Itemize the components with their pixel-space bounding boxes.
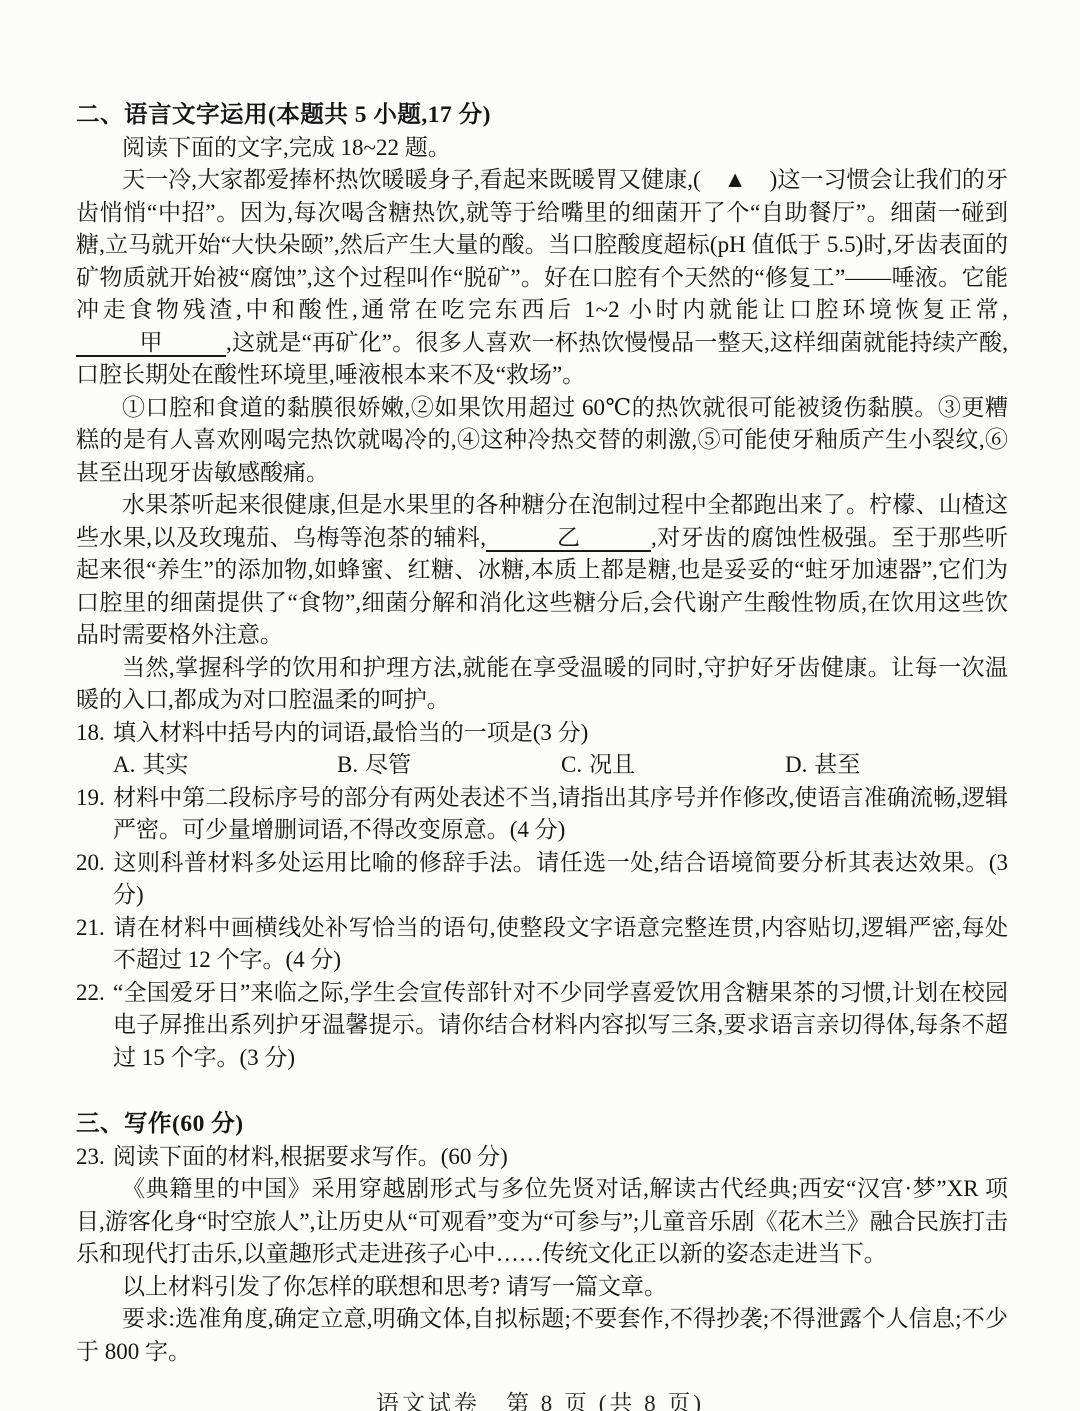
material-paragraph-4: 当然,掌握科学的饮用和护理方法,就能在享受温暖的同时,守护好牙齿健康。让每一次温… [76, 652, 1008, 717]
option-b-label: B. [337, 752, 358, 777]
essay-prompt: 以上材料引发了你怎样的联想和思考? 请写一篇文章。 [76, 1271, 1008, 1304]
blank-jia: 甲 [76, 330, 226, 357]
question-22-text: “全国爱牙日”来临之际,学生会宣传部针对不少同学喜爱饮用含糖果茶的习惯,计划在校… [113, 980, 1008, 1070]
section-2-heading: 二、语言文字运用(本题共 5 小题,17 分) [76, 99, 1008, 132]
question-18-text: 填入材料中括号内的词语,最恰当的一项是(3 分) [113, 720, 588, 745]
question-22: 22.“全国爱牙日”来临之际,学生会宣传部针对不少同学喜爱饮用含糖果茶的习惯,计… [76, 977, 1008, 1075]
page-content: 二、语言文字运用(本题共 5 小题,17 分) 阅读下面的文字,完成 18~22… [76, 99, 1008, 1368]
question-21-number: 21. [76, 912, 107, 945]
blank-yi: 乙 [486, 525, 651, 552]
question-19-text: 材料中第二段标序号的部分有两处表述不当,请指出其序号并作修改,使语言准确流畅,逻… [113, 785, 1008, 843]
para1-text-before: 天一冷,大家都爱捧杯热饮暖暖身子,看起来既暖胃又健康,( ▲ )这一习惯会让我们… [76, 167, 1008, 322]
section-3-heading: 三、写作(60 分) [76, 1108, 1008, 1141]
material-paragraph-2: ①口腔和食道的黏膜很娇嫩,②如果饮用超过 60℃的热饮就很可能被烫伤黏膜。③更糟… [76, 392, 1008, 490]
question-18: 18.填入材料中括号内的词语,最恰当的一项是(3 分) [76, 717, 1008, 750]
question-23-text: 阅读下面的材料,根据要求写作。(60 分) [113, 1144, 508, 1169]
option-c-text: 况且 [589, 752, 635, 777]
essay-material: 《典籍里的中国》采用穿越剧形式与多位先贤对话,解读古代经典;西安“汉宫·梦”XR… [76, 1173, 1008, 1271]
question-19-number: 19. [76, 782, 107, 815]
option-a-text: 其实 [142, 752, 188, 777]
option-b-text: 尽管 [365, 752, 411, 777]
exam-page: 二、语言文字运用(本题共 5 小题,17 分) 阅读下面的文字,完成 18~22… [0, 0, 1080, 1411]
reading-intro: 阅读下面的文字,完成 18~22 题。 [76, 132, 1008, 165]
question-20-text: 这则科普材料多处运用比喻的修辞手法。请任选一处,结合语境简要分析其表达效果。(3… [113, 850, 1008, 908]
question-23: 23.阅读下面的材料,根据要求写作。(60 分) [76, 1141, 1008, 1174]
material-paragraph-3: 水果茶听起来很健康,但是水果里的各种糖分在泡制过程中全都跑出来了。柠檬、山楂这些… [76, 489, 1008, 652]
option-d: D.甚至 [785, 749, 860, 782]
essay-requirements: 要求:选准角度,确定立意,明确文体,自拟标题;不要套作,不得抄袭;不得泄露个人信… [76, 1303, 1008, 1368]
option-a: A.其实 [113, 749, 337, 782]
question-20-number: 20. [76, 847, 107, 880]
question-18-options: A.其实 B.尽管 C.况且 D.甚至 [76, 749, 1008, 782]
option-c: C.况且 [561, 749, 785, 782]
question-21: 21.请在材料中画横线处补写恰当的语句,使整段文字语意完整连贯,内容贴切,逻辑严… [76, 912, 1008, 977]
option-a-label: A. [113, 752, 135, 777]
question-21-text: 请在材料中画横线处补写恰当的语句,使整段文字语意完整连贯,内容贴切,逻辑严密,每… [113, 915, 1008, 973]
question-20: 20.这则科普材料多处运用比喻的修辞手法。请任选一处,结合语境简要分析其表达效果… [76, 847, 1008, 912]
question-19: 19.材料中第二段标序号的部分有两处表述不当,请指出其序号并作修改,使语言准确流… [76, 782, 1008, 847]
question-22-number: 22. [76, 977, 107, 1010]
option-d-label: D. [785, 752, 807, 777]
page-footer: 语文试卷 第 8 页 (共 8 页) [0, 1385, 1080, 1411]
question-18-number: 18. [76, 717, 107, 750]
question-23-number: 23. [76, 1141, 107, 1174]
option-c-label: C. [561, 752, 582, 777]
material-paragraph-1: 天一冷,大家都爱捧杯热饮暖暖身子,看起来既暖胃又健康,( ▲ )这一习惯会让我们… [76, 164, 1008, 392]
option-d-text: 甚至 [814, 752, 860, 777]
option-b: B.尽管 [337, 749, 561, 782]
